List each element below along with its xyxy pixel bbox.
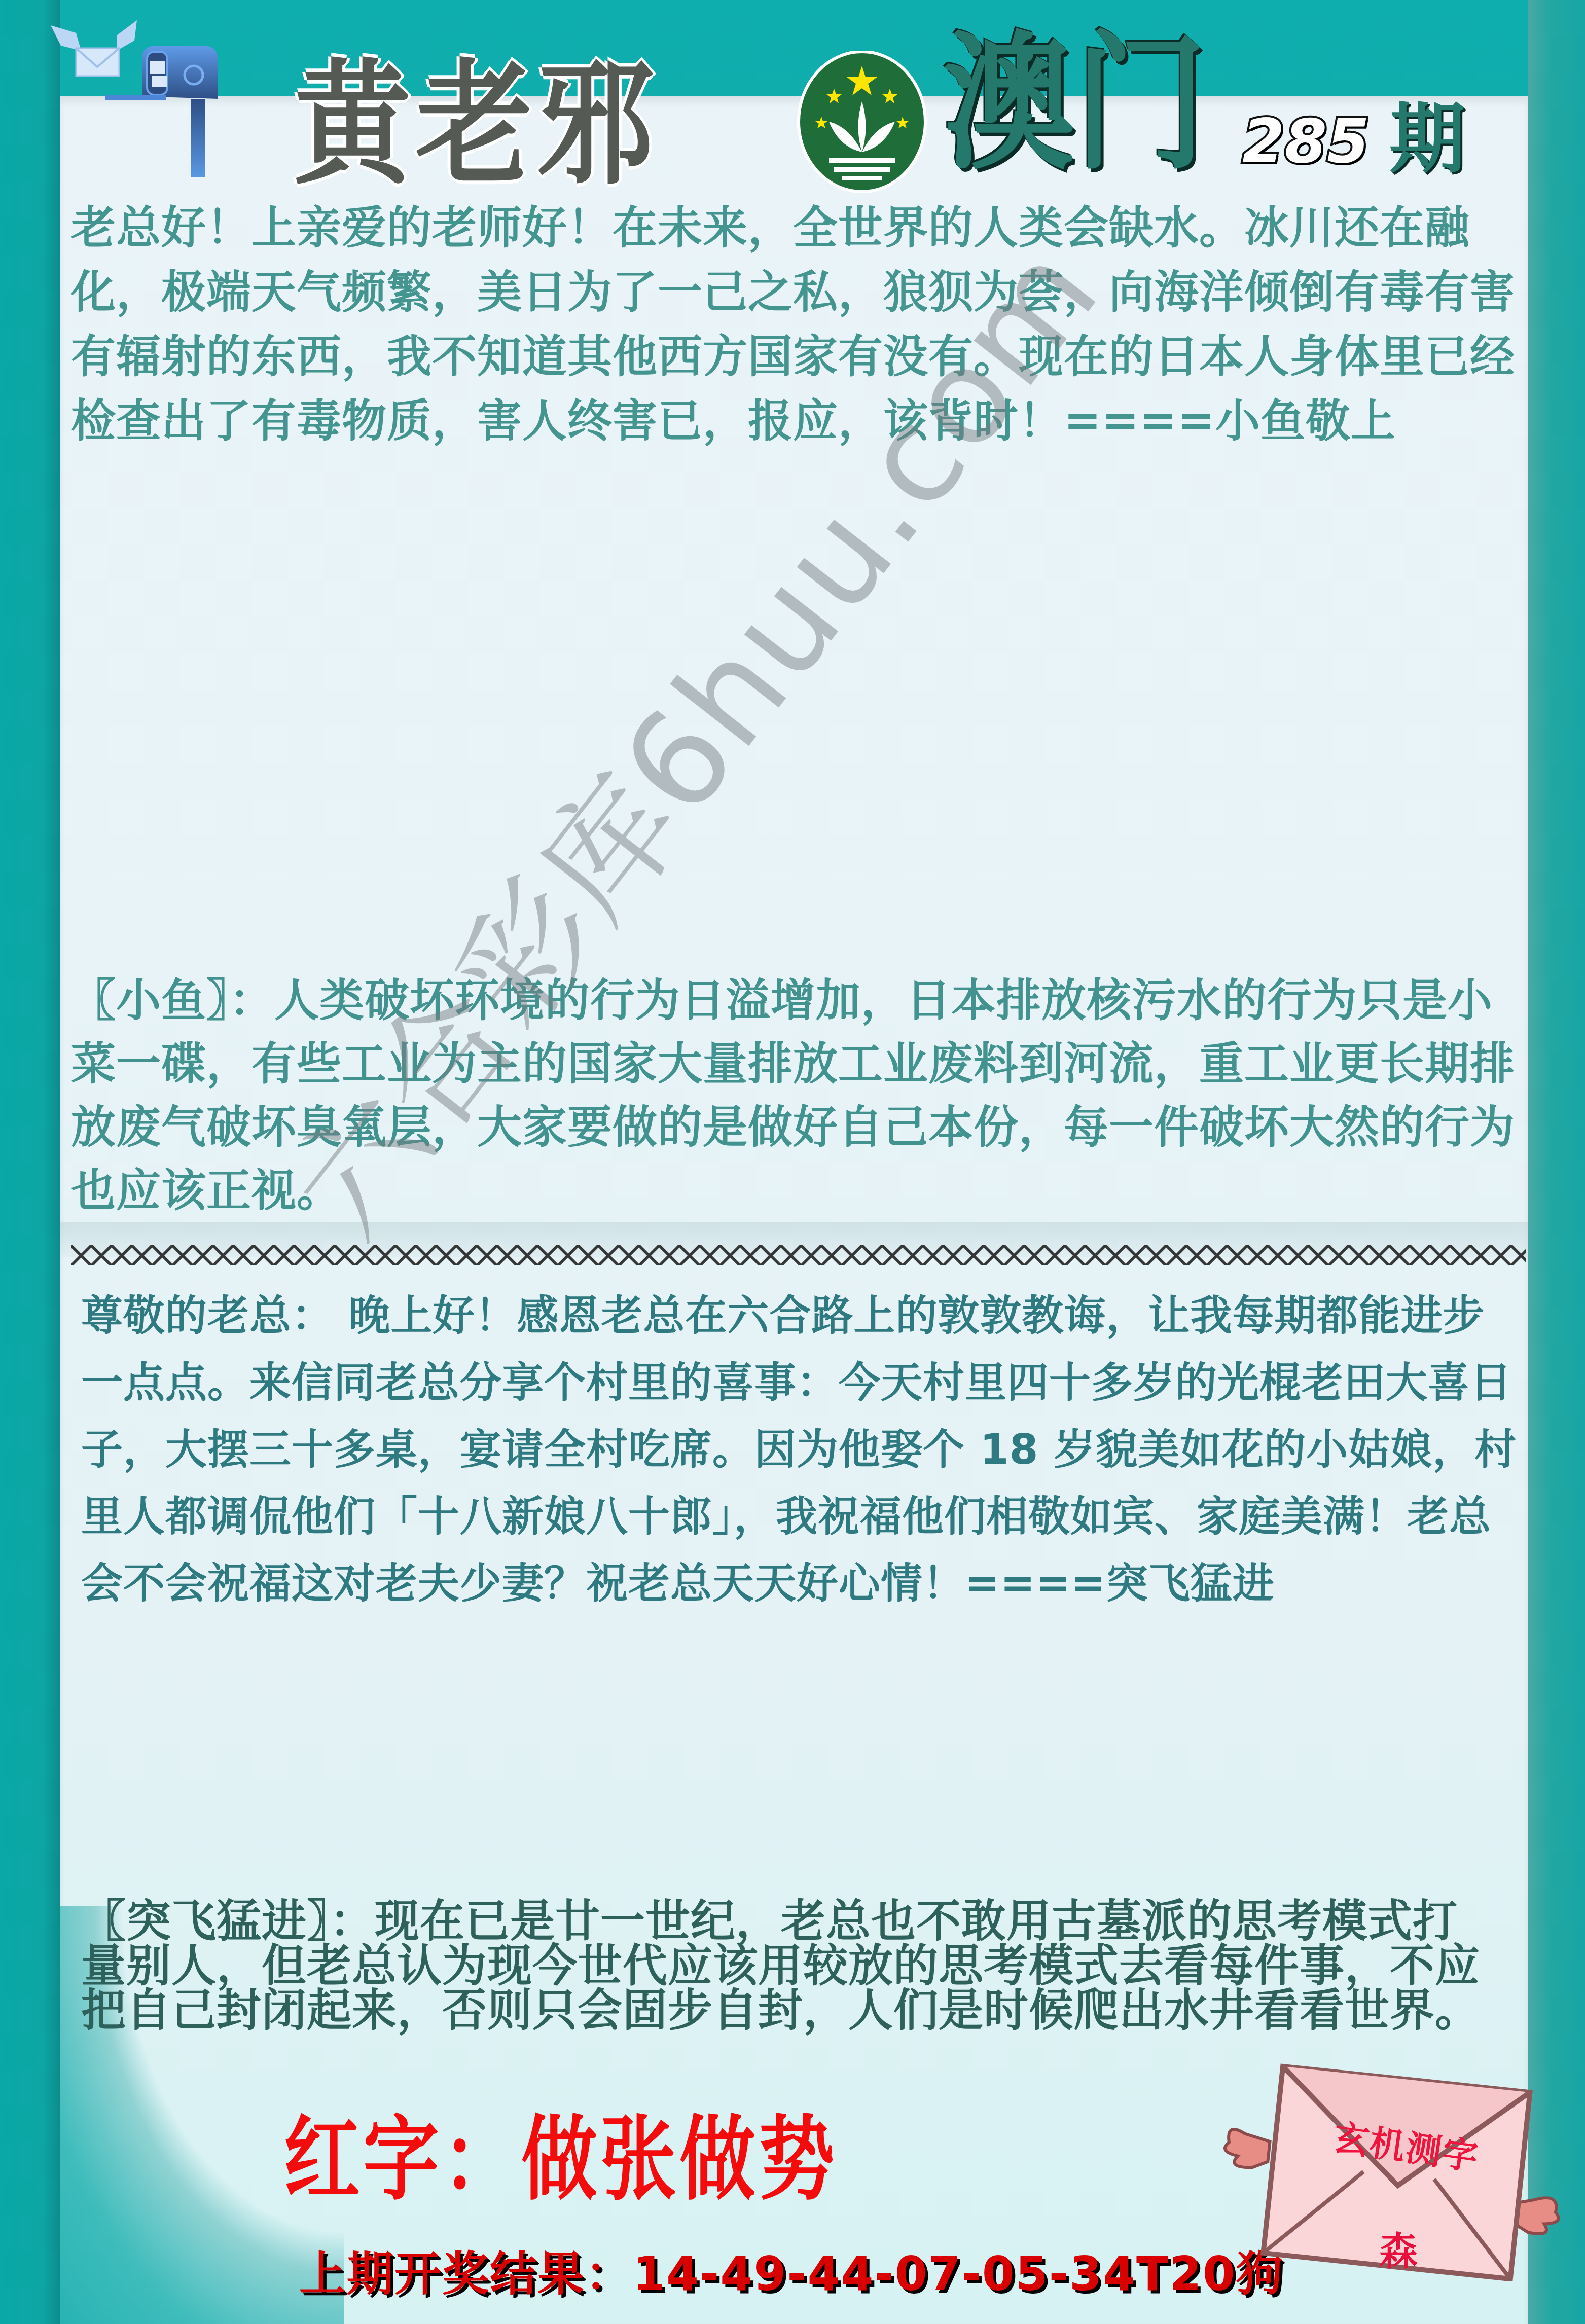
red-text-hint: 红字：做张做势 bbox=[284, 2114, 838, 2205]
envelope-riddle-character: 森 bbox=[1379, 2221, 1418, 2276]
mailbox-icon bbox=[51, 10, 243, 177]
page-title: 黄老邪 bbox=[294, 59, 659, 193]
frame-left-border bbox=[0, 0, 60, 2324]
last-draw-result: 上期开奖结果：14-49-44-07-05-34T20狗 bbox=[299, 2251, 1284, 2298]
riddle-envelope: 玄机测字 森 bbox=[1212, 2058, 1577, 2281]
macau-emblem-icon bbox=[794, 51, 930, 193]
issue-suffix: 期 bbox=[1389, 101, 1465, 177]
reply-2: 〖突飞猛进〗：现在已是廿一世纪，老总也不敢用古墓派的思考模式打量别人，但老总认为… bbox=[81, 1899, 1501, 2032]
reader-letter-2: 尊敬的老总： 晚上好！感恩老总在六合路上的敦敦教诲，让我每期都能进步一点点。来信… bbox=[81, 1283, 1521, 1617]
section-divider bbox=[71, 1245, 1526, 1265]
reader-letter-1: 老总好！上亲爱的老师好！在未来，全世界的人类会缺水。冰川还在融化，极端天气频繁，… bbox=[71, 195, 1521, 453]
header-title-block: 黄老邪 bbox=[294, 30, 659, 193]
region-title: 澳门 bbox=[943, 30, 1207, 178]
winged-letter-icon bbox=[51, 20, 137, 76]
issue-number: 285 bbox=[1242, 112, 1370, 172]
frame-right-border bbox=[1528, 0, 1585, 2324]
